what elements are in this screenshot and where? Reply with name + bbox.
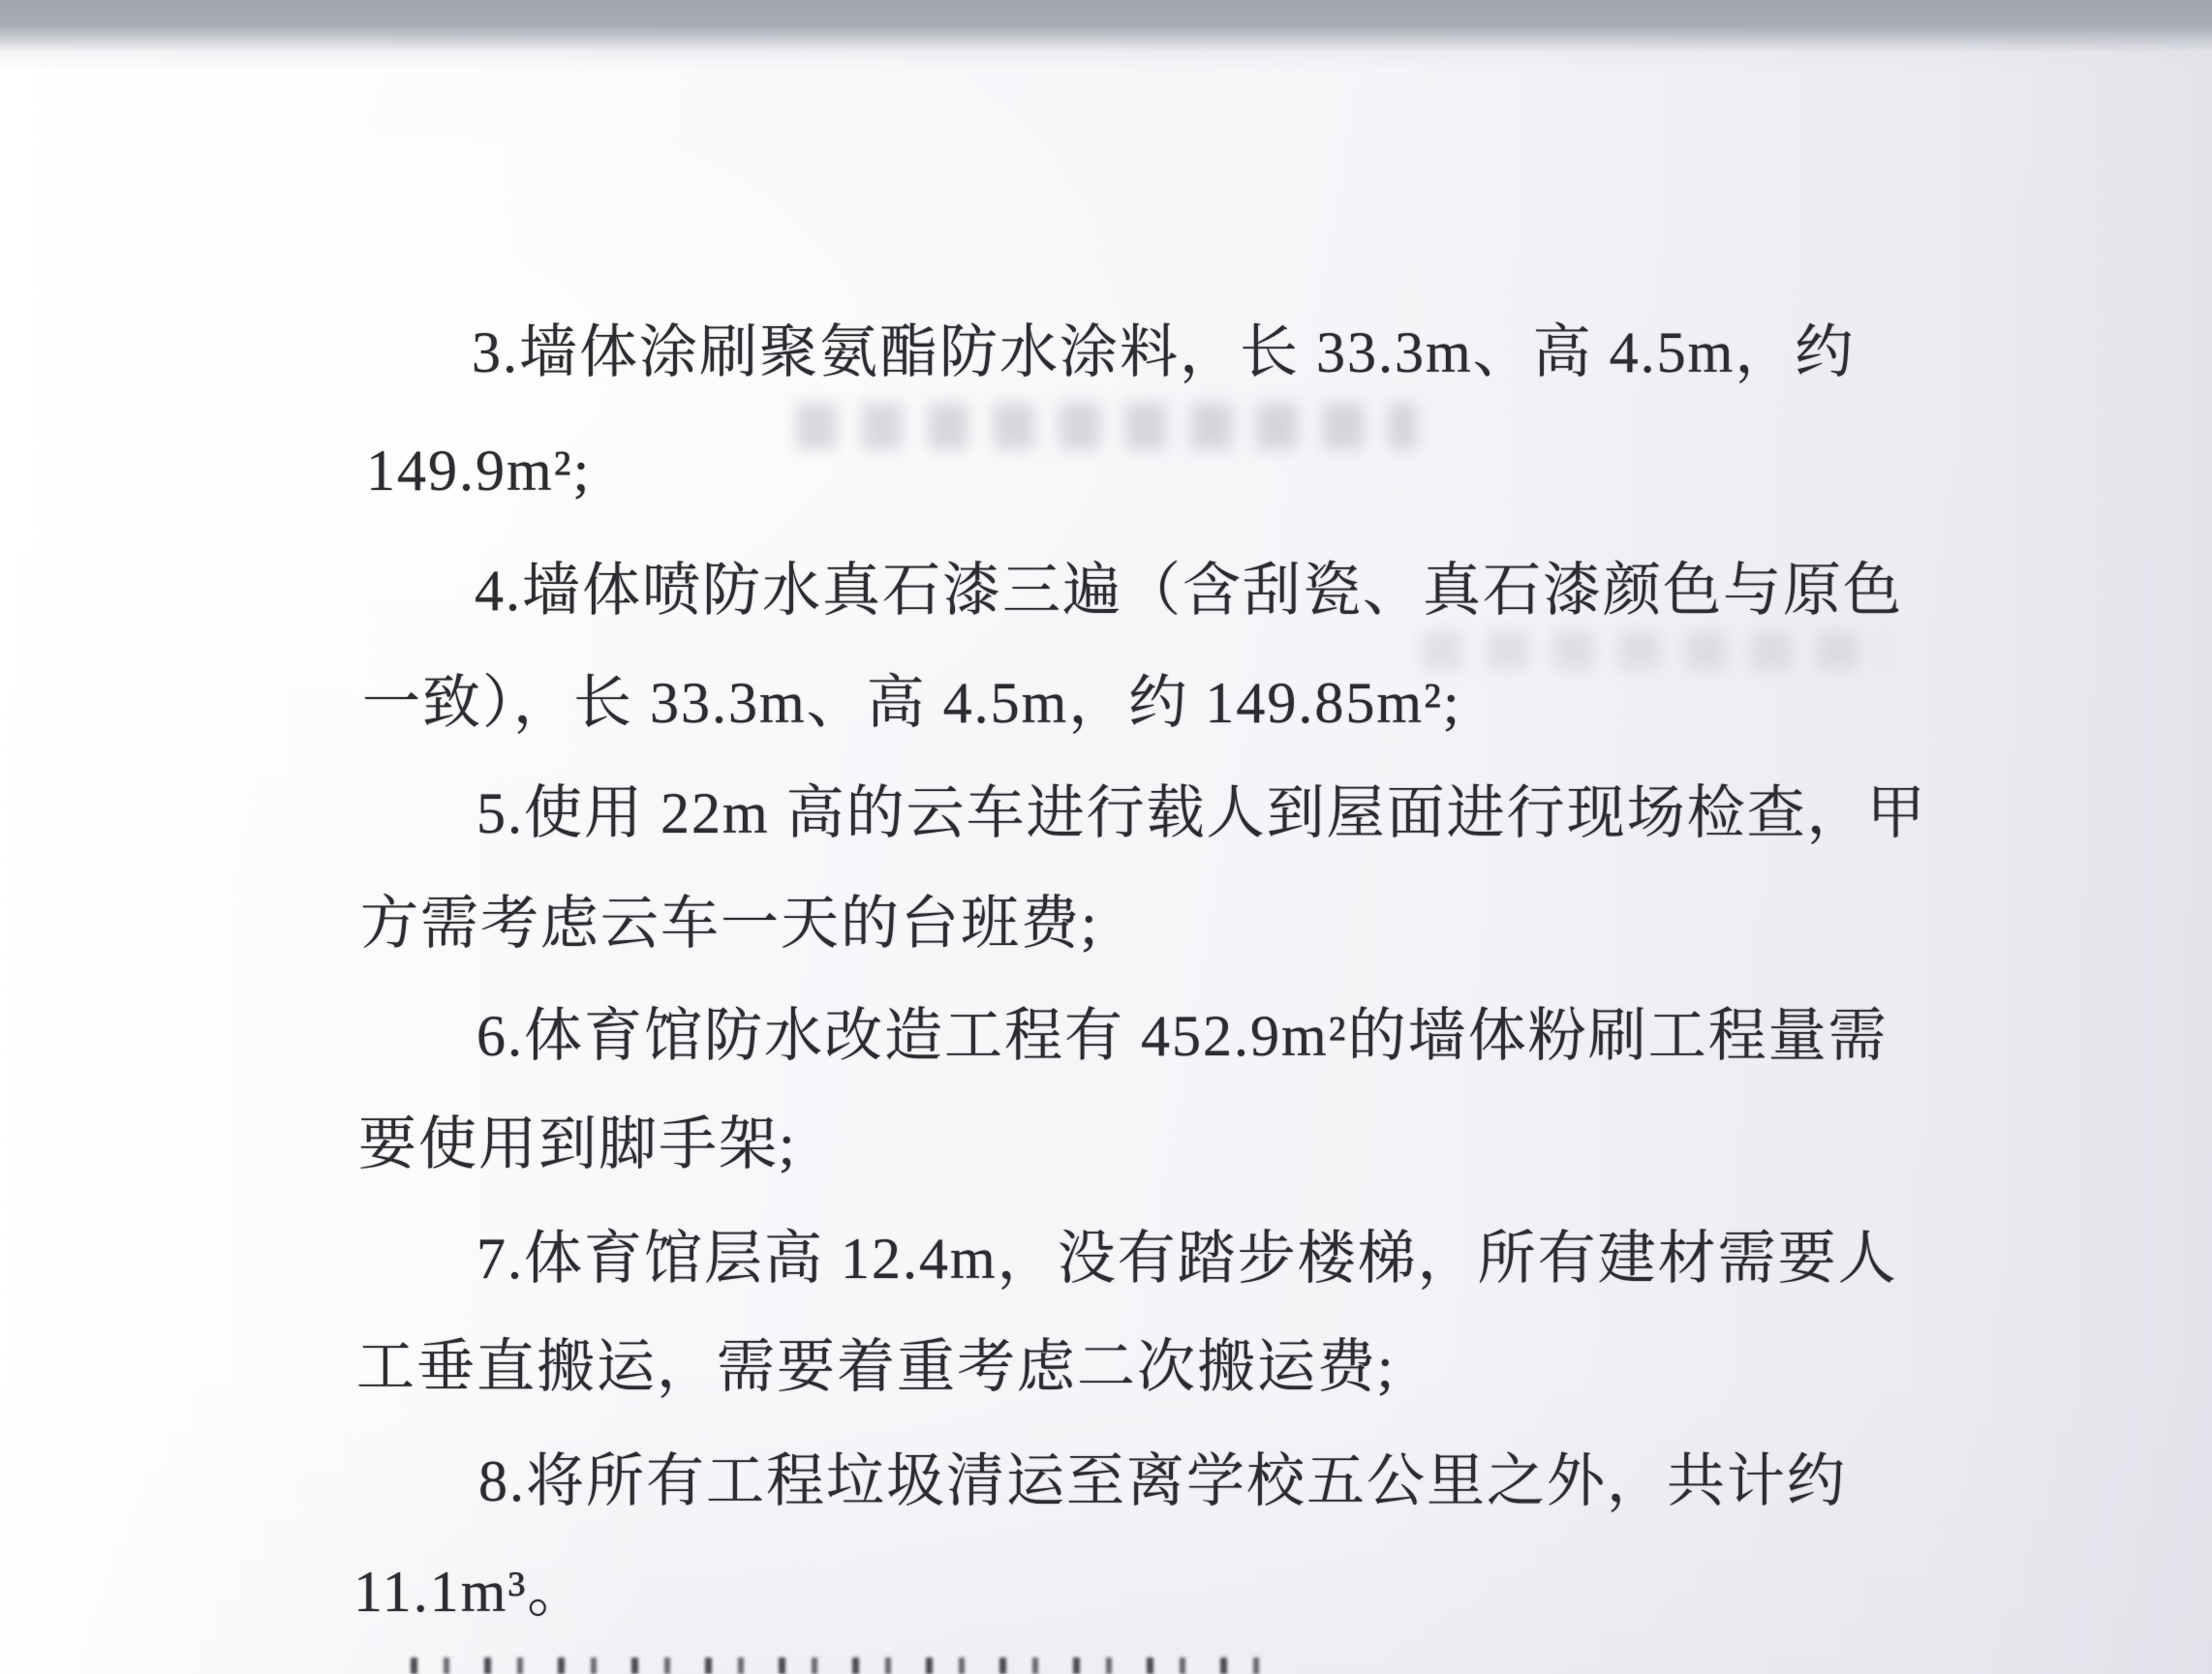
text-line-item5-start: 5.使用 22m 高的云车进行载人到屋面进行现场检查，甲 bbox=[476, 780, 1927, 847]
document-photo: 3.墙体涂刷聚氨酯防水涂料，长 33.3m、高 4.5m，约 149.9m²; … bbox=[0, 0, 2212, 1674]
text-line-item4-start: 4.墙体喷防水真石漆三遍（含刮瓷、真石漆颜色与原色 bbox=[475, 558, 1903, 624]
photo-top-edge-shadow bbox=[0, 0, 2212, 72]
text-line-item7-start: 7.体育馆层高 12.4m，没有踏步楼梯，所有建材需要人 bbox=[476, 1226, 1898, 1293]
partial-next-line-tips bbox=[411, 1658, 1278, 1674]
text-line-item8-start: 8.将所有工程垃圾清运至离学校五公里之外，共计约 bbox=[478, 1448, 1847, 1515]
text-line-item3-start: 3.墙体涂刷聚氨酯防水涂料，长 33.3m、高 4.5m，约 bbox=[472, 320, 1855, 386]
text-line-item5-end: 方需考虑云车一天的台班费; bbox=[360, 891, 1099, 958]
text-line-item6-start: 6.体育馆防水改造工程有 452.9m²的墙体粉刷工程量需 bbox=[476, 1003, 1889, 1070]
text-line-item6-end: 要使用到脚手架; bbox=[358, 1111, 797, 1178]
text-line-item3-end: 149.9m²; bbox=[366, 438, 591, 504]
bleed-through-text-shadow bbox=[1422, 631, 1887, 670]
text-line-item8-end: 11.1m³。 bbox=[353, 1559, 587, 1626]
bleed-through-text-shadow bbox=[796, 403, 1416, 449]
text-line-item7-end: 工垂直搬运，需要着重考虑二次搬运费; bbox=[356, 1334, 1396, 1401]
text-line-item4-end: 一致），长 33.3m、高 4.5m，约 149.85m²; bbox=[362, 670, 1461, 737]
